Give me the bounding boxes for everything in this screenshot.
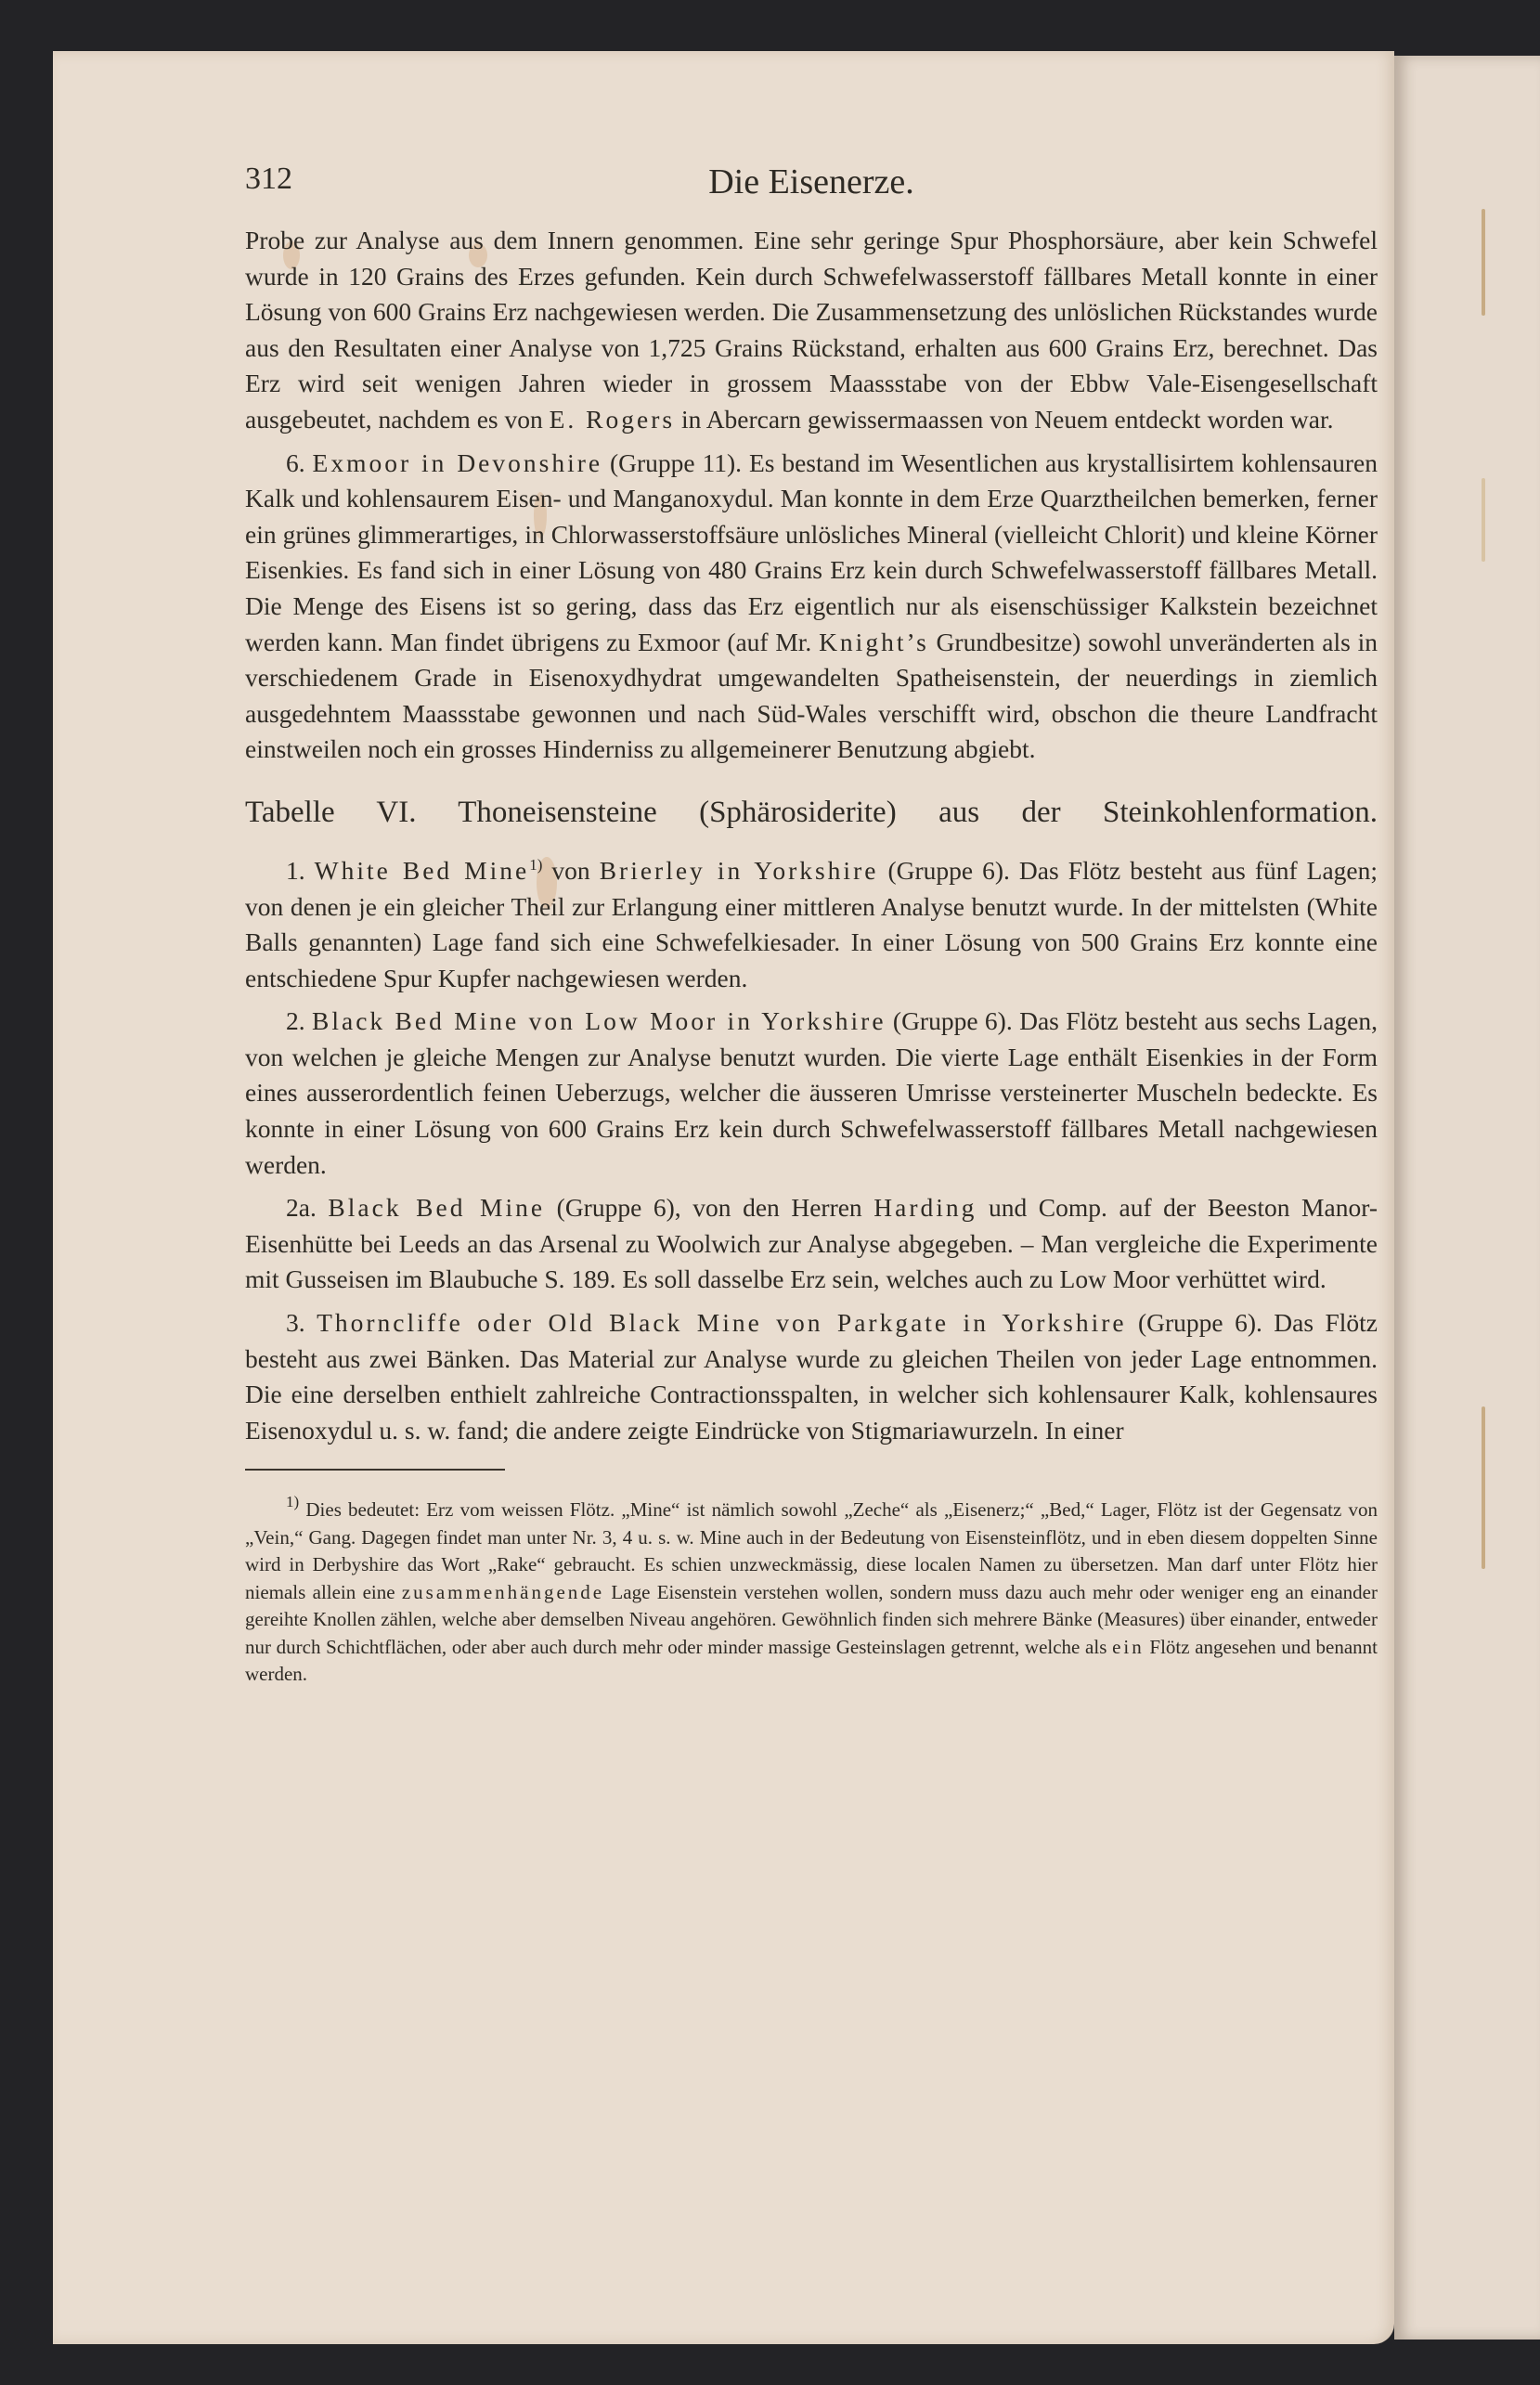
text-run: 3. <box>286 1308 317 1337</box>
facing-page-edge <box>1394 56 1540 2340</box>
emphasized-name: Exmoor in Devonshire <box>313 448 603 477</box>
emphasized-name: White Bed Mine <box>315 856 530 885</box>
body-text: Probe zur Analyse aus dem Innern genomme… <box>245 223 1378 768</box>
running-head: 312 Die Eisenerze. <box>245 158 1378 214</box>
table-entry: 2a. Black Bed Mine (Gruppe 6), von den H… <box>245 1190 1378 1298</box>
footnote-text: 1) Dies bedeutet: Erz vom weissen Flötz.… <box>245 1497 1378 1689</box>
text-run: 6. <box>286 448 313 477</box>
emphasized-name: Black Bed Mine von Low Moor in Yorkshire <box>312 1006 886 1035</box>
footnote-marker: 1) <box>286 1493 299 1510</box>
binding-stitch <box>1482 209 1485 316</box>
emphasized-name: Brierley in Yorkshire <box>600 856 879 885</box>
footnote: 1) Dies bedeutet: Erz vom weissen Flötz.… <box>245 1497 1378 1689</box>
paragraph: 6. Exmoor in Devonshire (Gruppe 11). Es … <box>245 446 1378 768</box>
table-entry: 2. Black Bed Mine von Low Moor in Yorksh… <box>245 1004 1378 1183</box>
footnote-reference: 1) <box>529 856 542 874</box>
text-run: (Gruppe 6), von den Herren <box>545 1193 874 1222</box>
table-entry: 3. Thorncliffe oder Old Black Mine von P… <box>245 1305 1378 1448</box>
binding-stitch <box>1482 1406 1485 1569</box>
emphasized-name: Harding <box>874 1193 977 1222</box>
table-entry: 1. White Bed Mine1) von Brierley in York… <box>245 853 1378 996</box>
emphasized-name: Thorncliffe oder Old Black Mine von Park… <box>317 1308 1127 1337</box>
binding-stitch <box>1482 478 1485 562</box>
emphasized-name: zusammenhängende <box>402 1581 604 1603</box>
emphasized-name: E. Rogers <box>550 405 675 434</box>
emphasized-name: ein <box>1112 1636 1145 1658</box>
page-content: 312 Die Eisenerze. Probe zur Analyse aus… <box>245 158 1378 1689</box>
paragraph: Probe zur Analyse aus dem Innern genomme… <box>245 223 1378 438</box>
table-entries: 1. White Bed Mine1) von Brierley in York… <box>245 853 1378 1449</box>
text-run: Probe zur Analyse aus dem Innern genomme… <box>245 226 1378 434</box>
text-run: in Abercarn gewissermaassen von Neuem en… <box>675 405 1333 434</box>
text-run: 2. <box>286 1006 312 1035</box>
text-run: 1. <box>286 856 315 885</box>
emphasized-name: Knight’s <box>819 628 929 656</box>
text-run: (Gruppe 11). Es bestand im Wesentlichen … <box>245 448 1378 656</box>
text-run: von <box>542 856 599 885</box>
section-heading: Tabelle VI. Thoneisensteine (Sphärosider… <box>245 792 1378 833</box>
footnote-divider <box>245 1469 505 1471</box>
running-title: Die Eisenerze. <box>245 162 1378 202</box>
text-run: 2a. <box>286 1193 328 1222</box>
emphasized-name: Black Bed Mine <box>328 1193 545 1222</box>
